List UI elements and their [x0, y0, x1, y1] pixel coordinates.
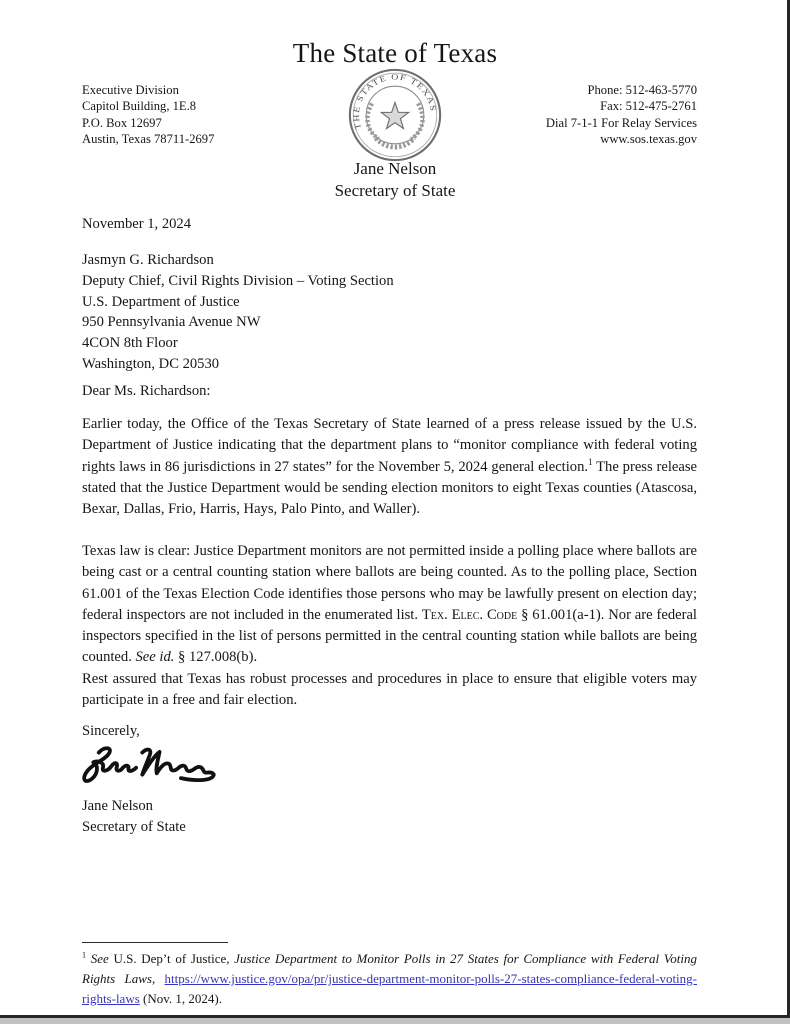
office-address-line: Capitol Building, 1E.8	[82, 98, 214, 114]
texas-state-seal-icon: THE STATE OF TEXAS	[347, 67, 443, 163]
recipient-line: Jasmyn G. Richardson	[82, 250, 394, 271]
text-segment: (Nov. 1, 2024).	[140, 991, 222, 1006]
office-address-line: Austin, Texas 78711-2697	[82, 131, 214, 147]
letter-date: November 1, 2024	[82, 214, 191, 235]
signature	[76, 741, 221, 789]
signer-title: Secretary of State	[82, 817, 186, 838]
recipient-line: 950 Pennsylvania Avenue NW	[82, 312, 394, 333]
signer-name: Jane Nelson	[82, 796, 153, 817]
closing: Sincerely,	[82, 721, 140, 742]
footnote-text: 1 See U.S. Dep’t of Justice, Justice Dep…	[82, 949, 697, 1009]
text-segment: § 127.008(b).	[174, 649, 257, 665]
office-address: Executive Division Capitol Building, 1E.…	[82, 82, 214, 148]
body-paragraph-3: Rest assured that Texas has robust proce…	[82, 669, 697, 712]
recipient-line: 4CON 8th Floor	[82, 333, 394, 354]
recipient-line: U.S. Department of Justice	[82, 292, 394, 313]
body-paragraph-2: Texas law is clear: Justice Department m…	[82, 541, 697, 669]
footnote-separator	[82, 942, 228, 943]
phone-line: Phone: 512-463-5770	[546, 82, 697, 98]
contact-info: Phone: 512-463-5770 Fax: 512-475-2761 Di…	[546, 82, 697, 148]
text-segment: ,	[152, 971, 165, 986]
scan-edge-bottom	[0, 1015, 790, 1018]
seal-star-icon	[381, 103, 408, 129]
letterhead-title: The State of Texas	[0, 38, 790, 69]
footnote: 1 See U.S. Dep’t of Justice, Justice Dep…	[82, 942, 697, 1009]
text-segment: U.S. Dep’t of Justice,	[109, 951, 234, 966]
text-segment: See	[91, 951, 109, 966]
letter-page: The State of Texas Executive Division Ca…	[0, 0, 790, 1024]
body-paragraph-1: Earlier today, the Office of the Texas S…	[82, 414, 697, 520]
fax-line: Fax: 512-475-2761	[546, 98, 697, 114]
salutation: Dear Ms. Richardson:	[82, 381, 210, 402]
office-address-line: Executive Division	[82, 82, 214, 98]
text-segment: Tex. Elec. Code	[422, 607, 517, 623]
text-segment: Rest assured that Texas has robust proce…	[82, 671, 697, 708]
scan-edge-bottom-pad	[0, 1018, 790, 1024]
recipient-line: Deputy Chief, Civil Rights Division – Vo…	[82, 271, 394, 292]
official-title: Secretary of State	[0, 181, 790, 201]
relay-line: Dial 7-1-1 For Relay Services	[546, 115, 697, 131]
recipient-line: Washington, DC 20530	[82, 354, 394, 375]
official-name: Jane Nelson	[0, 159, 790, 179]
office-address-line: P.O. Box 12697	[82, 115, 214, 131]
text-segment: See id.	[136, 649, 175, 665]
website-line: www.sos.texas.gov	[546, 131, 697, 147]
recipient-address: Jasmyn G. Richardson Deputy Chief, Civil…	[82, 250, 394, 375]
